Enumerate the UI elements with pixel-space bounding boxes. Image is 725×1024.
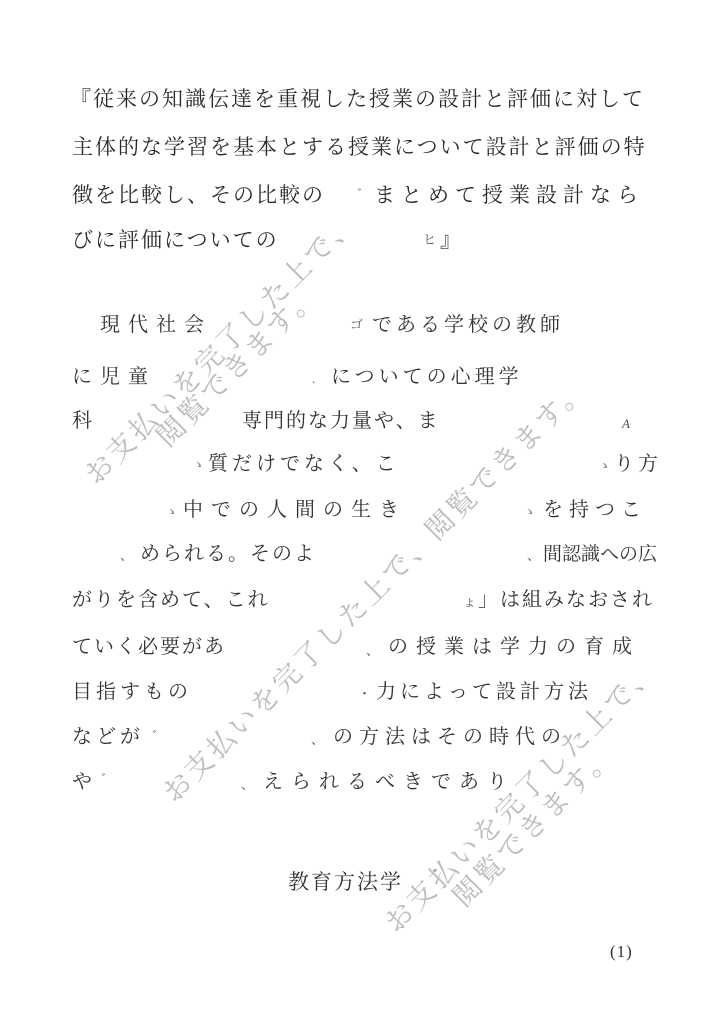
body-row-11-left: や <box>72 771 92 793</box>
body-row-4-right: り方 <box>614 453 662 475</box>
body-row-10-right: の方法はその時代の <box>333 726 567 748</box>
body-row-5-right: を持つこ <box>543 499 647 521</box>
title-line-3-erased-fragment: ゛ <box>357 188 370 202</box>
title-line-3-left: 徴を比較し、その比較の <box>72 184 325 206</box>
body-row-10-erased-fragment: 、 <box>311 733 324 747</box>
body-row-7-left: がりを含めて、これ <box>72 589 270 611</box>
title-line-4-erased-fragment: ヒ <box>423 233 436 247</box>
scanned-document-page: お支払いを完了した上で、 閲覧できます。 お支払いを完了した上で、閲覧できます。… <box>0 0 725 1024</box>
body-row-6-erased-fragment-right: 、 <box>527 549 540 563</box>
body-row-11-erased-fragment-mid: ゛ <box>101 773 114 787</box>
footer-erased-fragment: ゛ <box>432 869 445 883</box>
body-row-8-erased-fragment: 、 <box>366 644 379 658</box>
body-row-2-left: に児童 <box>72 366 156 388</box>
body-row-5-erased-fragment-right: ゝ <box>523 505 536 519</box>
title-line-4-left: びに評価についての <box>72 229 279 251</box>
body-row-5-erased-fragment-left: ゝ <box>165 505 178 519</box>
body-row-9-right: 力によって設計方法 <box>376 681 592 703</box>
body-row-11-right: えられるべきであり <box>263 771 515 793</box>
body-row-9-left: 目指すもの <box>72 681 192 703</box>
body-row-2-right: についての心理学 <box>331 366 523 388</box>
body-row-1-left: 現代社会 <box>100 314 212 336</box>
body-row-9-erased-fragment: ・ <box>358 687 371 701</box>
body-row-6-erased-fragment-left: 、 <box>120 549 133 563</box>
body-row-2-erased-fragment: . <box>312 372 315 386</box>
body-row-4-left: 質だけでなく、こ <box>208 453 400 475</box>
title-line-4-close-bracket: 』 <box>440 229 461 251</box>
footer-journal-title: 教育方法学 <box>288 866 403 896</box>
body-row-7-erased-fragment: ょ <box>463 595 476 609</box>
body-row-3-right: 専門的な力量や、ま <box>242 410 440 432</box>
body-row-6-right: 間認識への広 <box>543 544 657 566</box>
body-row-3-left: 科 <box>72 410 94 432</box>
body-row-8-right: の授業は学力の育成 <box>388 636 640 658</box>
body-row-4-erased-fragment-right: ゝ <box>598 459 611 473</box>
body-row-8-left: ていく必要があ <box>72 636 226 658</box>
body-row-11-erased-fragment: 、 <box>241 778 254 792</box>
title-line-2: 主体的な学習を基本とする授業について設計と評価の特 <box>72 136 647 158</box>
body-row-1-right: である学校の教師 <box>372 314 564 336</box>
page-number: (1) <box>610 942 633 962</box>
watermark-streak-5: 閲覧できます。 <box>448 740 620 912</box>
body-row-10-left: などが <box>72 726 144 748</box>
title-line-3-right: まとめて授業設計なら <box>374 184 644 206</box>
body-row-10-erased-fragment-mid: ゛ <box>152 730 165 744</box>
title-line-1: 『従来の知識伝達を重視した授業の設計と評価に対して <box>70 88 645 110</box>
body-row-5-left: 中での人間の生き <box>183 499 407 521</box>
body-row-3-erased-fragment: A <box>622 417 630 431</box>
body-row-6-left: められる。そのよ <box>140 543 316 565</box>
body-row-1-erased-fragment: ゴ <box>350 318 363 332</box>
body-row-4-erased-fragment-left: ゝ <box>192 458 205 472</box>
body-row-7-right: 」は組みなおされ <box>478 589 654 611</box>
